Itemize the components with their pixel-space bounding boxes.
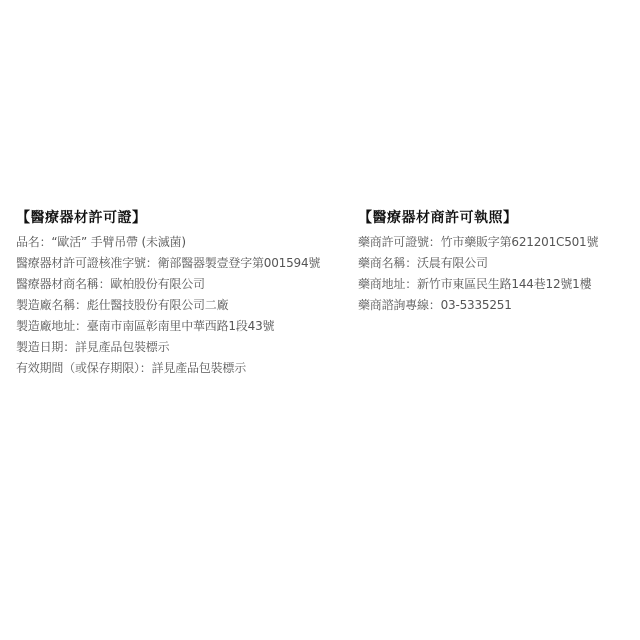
section-title: 【醫療器材商許可執照】: [358, 208, 638, 228]
dealer-hotline: 藥商諮詢專線：03-5335251: [358, 297, 638, 313]
dealer-name: 藥商名稱：沃晨有限公司: [358, 255, 638, 271]
product-name: 品名：“歐活” 手臂吊帶 (未滅菌): [16, 234, 346, 250]
medical-dealer-license-section: 【醫療器材商許可執照】 藥商許可證號：竹市藥販字第621201C501號 藥商名…: [358, 208, 638, 318]
dealer-license-number: 藥商許可證號：竹市藥販字第621201C501號: [358, 234, 638, 250]
medical-device-license-section: 【醫療器材許可證】 品名：“歐活” 手臂吊帶 (未滅菌) 醫療器材許可證核准字號…: [16, 208, 346, 381]
manufacturer-address: 製造廠地址：臺南市南區彰南里中華西路1段43號: [16, 318, 346, 334]
license-number: 醫療器材許可證核准字號：衛部醫器製壹登字第001594號: [16, 255, 346, 271]
dealer-address: 藥商地址：新竹市東區民生路144巷12號1樓: [358, 276, 638, 292]
manufacturer-name: 製造廠名稱：彪仕醫技股份有限公司二廠: [16, 297, 346, 313]
expiry-period: 有效期間（或保存期限）：詳見產品包裝標示: [16, 360, 346, 376]
section-title: 【醫療器材許可證】: [16, 208, 346, 228]
manufacture-date: 製造日期：詳見產品包裝標示: [16, 339, 346, 355]
device-company-name: 醫療器材商名稱：歐柏股份有限公司: [16, 276, 346, 292]
